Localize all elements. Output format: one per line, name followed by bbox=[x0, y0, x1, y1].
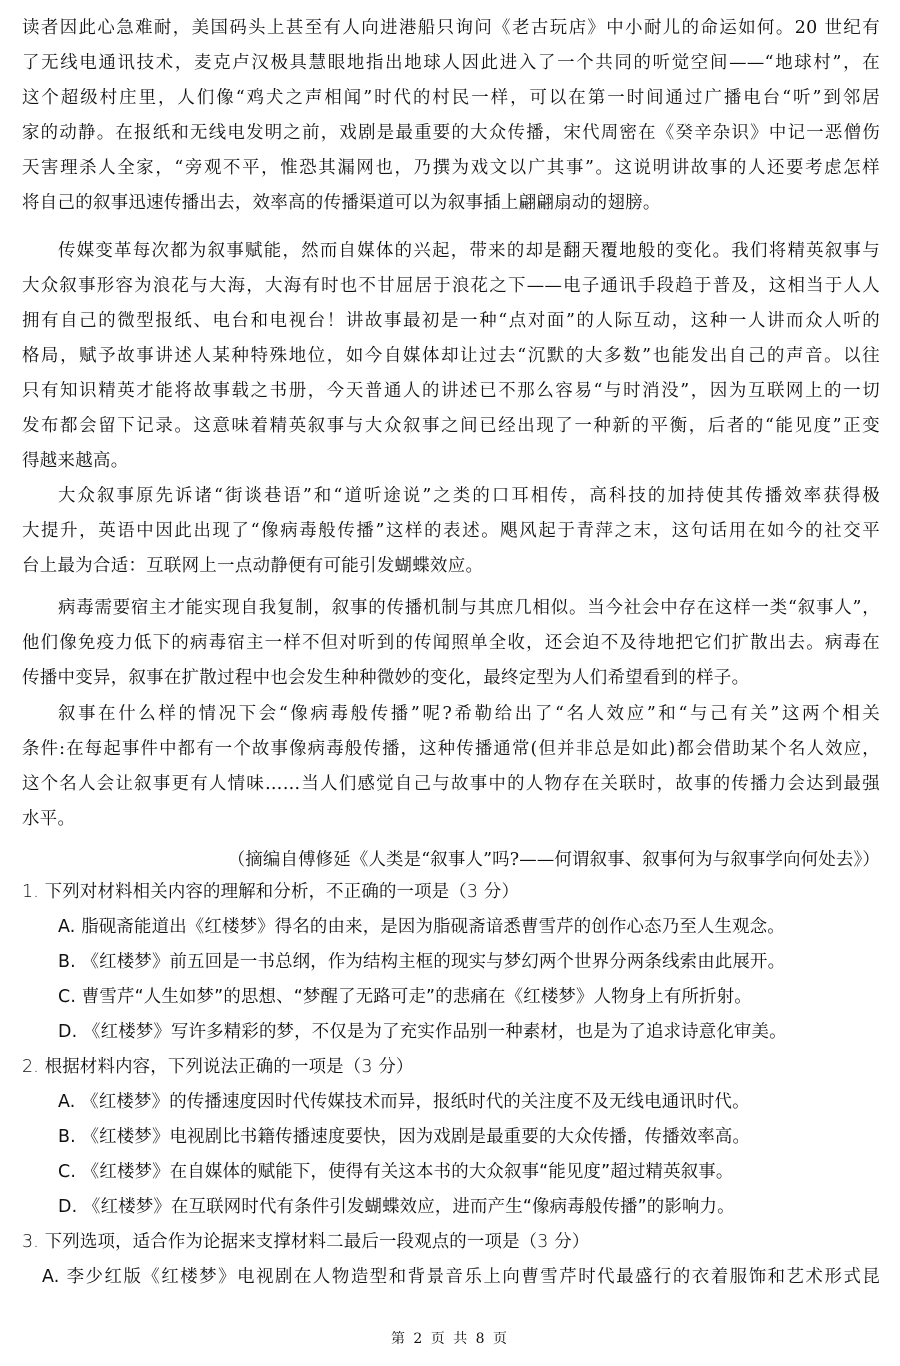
passage-line: 传播中变异，叙事在扩散过程中也会发生种种微妙的变化，最终定型为人们希望看到的样子… bbox=[22, 666, 880, 690]
passage-line: 得越来越高。 bbox=[22, 449, 880, 473]
passage-line: 格局，赋予故事讲述人某种特殊地位，如今自媒体却让过去“沉默的大多数”也能发出自己… bbox=[22, 344, 880, 368]
passage-line: 了无线电通讯技术，麦克卢汉极具慧眼地指出地球人因此进入了一个共同的听觉空间——“… bbox=[22, 51, 880, 75]
passage-paragraph-start: 传媒变革每次都为叙事赋能，然而自媒体的兴起，带来的却是翻天覆地般的变化。我们将精… bbox=[58, 239, 880, 263]
question-1-option-a[interactable]: A. 脂砚斋能道出《红楼梦》得名的由来，是因为脂砚斋谙悉曹雪芹的创作心态乃至人生… bbox=[58, 915, 785, 939]
passage-line: 读者因此心急难耐，美国码头上甚至有人向进港船只询问《老古玩店》中小耐儿的命运如何… bbox=[22, 16, 880, 40]
passage-line: 大提升，英语中因此出现了“像病毒般传播”这样的表述。飓风起于青萍之末，这句话用在… bbox=[22, 519, 880, 543]
passage-line: 大众叙事形容为浪花与大海，大海有时也不甘屈居于浪花之下——电子通讯手段趋于普及，… bbox=[22, 274, 880, 298]
question-3-stem: 3. 下列选项，适合作为论据来支撑材料二最后一段观点的一项是（3 分） bbox=[22, 1230, 589, 1254]
passage-line: 将自己的叙事迅速传播出去，效率高的传播渠道可以为叙事插上翩翩扇动的翅膀。 bbox=[22, 191, 880, 215]
question-1-option-c[interactable]: C. 曹雪芹“人生如梦”的思想、“梦醒了无路可走”的悲痛在《红楼梦》人物身上有所… bbox=[58, 985, 752, 1009]
passage-line: 条件:在每起事件中都有一个故事像病毒般传播，这种传播通常(但并非总是如此)都会借… bbox=[22, 737, 880, 761]
passage-line: 只有知识精英才能将故事载之书册，今天普通人的讲述已不那么容易“与时消没”，因为互… bbox=[22, 379, 880, 403]
question-2-option-a[interactable]: A. 《红楼梦》的传播速度因时代传媒技术而异，报纸时代的关注度不及无线电通讯时代… bbox=[58, 1090, 750, 1114]
exam-page: 读者因此心急难耐，美国码头上甚至有人向进港船只询问《老古玩店》中小耐儿的命运如何… bbox=[0, 0, 900, 1366]
passage-line: 家的动静。在报纸和无线电发明之前，戏剧是最重要的大众传播，宋代周密在《癸辛杂识》… bbox=[22, 121, 880, 145]
passage-line: 这个名人会让叙事更有人情味……当人们感觉自己与故事中的人物存在关联时，故事的传播… bbox=[22, 772, 880, 796]
passage-line: 台上最为合适：互联网上一点动静便有可能引发蝴蝶效应。 bbox=[22, 554, 880, 578]
passage-source-citation: （摘编自傅修延《人类是“叙事人”吗?——何谓叙事、叙事何为与叙事学向何处去》） bbox=[170, 848, 880, 872]
question-2-option-d[interactable]: D. 《红楼梦》在互联网时代有条件引发蝴蝶效应，进而产生“像病毒般传播”的影响力… bbox=[58, 1195, 735, 1219]
question-1-stem: 1. 下列对材料相关内容的理解和分析，不正确的一项是（3 分） bbox=[22, 880, 519, 904]
passage-paragraph-start: 叙事在什么样的情况下会“像病毒般传播”呢?希勒给出了“名人效应”和“与己有关”这… bbox=[58, 702, 880, 726]
question-2-option-c[interactable]: C. 《红楼梦》在自媒体的赋能下，使得有关这本书的大众叙事“能见度”超过精英叙事… bbox=[58, 1160, 733, 1184]
passage-line: 天害理杀人全家，“旁观不平，惟恐其漏网也，乃撰为戏文以广其事”。这说明讲故事的人… bbox=[22, 156, 880, 180]
passage-line: 发布都会留下记录。这意味着精英叙事与大众叙事之间已经出现了一种新的平衡，后者的“… bbox=[22, 414, 880, 438]
passage-line: 水平。 bbox=[22, 807, 880, 831]
question-3-option-a[interactable]: A. 李少红版《红楼梦》电视剧在人物造型和背景音乐上向曹雪芹时代最盛行的衣着服饰… bbox=[42, 1265, 880, 1289]
question-1-option-b[interactable]: B. 《红楼梦》前五回是一书总纲，作为结构主框的现实与梦幻两个世界分两条线索由此… bbox=[58, 950, 785, 974]
question-2-option-b[interactable]: B. 《红楼梦》电视剧比书籍传播速度要快，因为戏剧是最重要的大众传播，传播效率高… bbox=[58, 1125, 750, 1149]
passage-paragraph-start: 病毒需要宿主才能实现自我复制，叙事的传播机制与其庶几相似。当今社会中存在这样一类… bbox=[58, 596, 880, 620]
passage-line: 这个超级村庄里，人们像“鸡犬之声相闻”时代的村民一样，可以在第一时间通过广播电台… bbox=[22, 86, 880, 110]
passage-line: 拥有自己的微型报纸、电台和电视台！讲故事最初是一种“点对面”的人际互动，这种一人… bbox=[22, 309, 880, 333]
passage-paragraph-start: 大众叙事原先诉诸“街谈巷语”和“道听途说”之类的口耳相传，高科技的加持使其传播效… bbox=[58, 484, 880, 508]
question-1-option-d[interactable]: D. 《红楼梦》写许多精彩的梦，不仅是为了充实作品别一种素材，也是为了追求诗意化… bbox=[58, 1020, 787, 1044]
question-2-stem: 2. 根据材料内容，下列说法正确的一项是（3 分） bbox=[22, 1055, 414, 1079]
passage-line: 他们像免疫力低下的病毒宿主一样不但对听到的传闻照单全收，还会迫不及待地把它们扩散… bbox=[22, 631, 880, 655]
page-footer: 第 2 页 共 8 页 bbox=[0, 1329, 900, 1349]
